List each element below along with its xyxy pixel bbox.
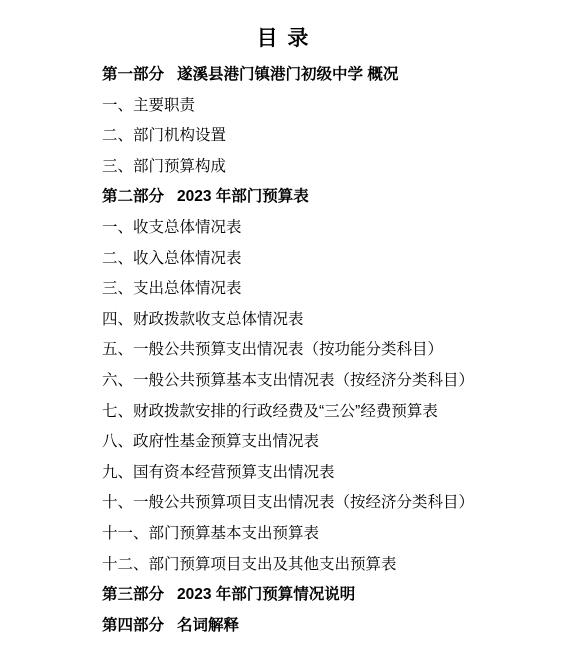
page-title: 目 录 <box>0 0 567 51</box>
toc-item: 一、收支总体情况表 <box>102 213 557 244</box>
section-number: 第一部分 <box>102 66 164 83</box>
toc-item: 二、部门机构设置 <box>102 121 557 152</box>
toc-section-heading: 第二部分2023 年部门预算表 <box>102 182 557 213</box>
toc-item: 十、一般公共预算项目支出情况表（按经济分类科目） <box>102 488 557 519</box>
toc-section-heading: 第一部分遂溪县港门镇港门初级中学 概况 <box>102 60 557 91</box>
toc-item: 十一、部门预算基本支出预算表 <box>102 519 557 550</box>
section-number: 第二部分 <box>102 188 164 205</box>
toc-item: 六、一般公共预算基本支出情况表（按经济分类科目） <box>102 366 557 397</box>
toc-section-heading: 第三部分2023 年部门预算情况说明 <box>102 580 557 611</box>
toc-item: 五、一般公共预算支出情况表（按功能分类科目） <box>102 335 557 366</box>
section-title: 遂溪县港门镇港门初级中学 概况 <box>177 66 398 83</box>
toc-item: 八、政府性基金预算支出情况表 <box>102 427 557 458</box>
toc-item: 二、收入总体情况表 <box>102 244 557 275</box>
toc-item: 四、财政拨款收支总体情况表 <box>102 305 557 336</box>
toc-list: 第一部分遂溪县港门镇港门初级中学 概况一、主要职责二、部门机构设置三、部门预算构… <box>0 51 567 641</box>
toc-item: 七、财政拨款安排的行政经费及“三公”经费预算表 <box>102 397 557 428</box>
section-title: 2023 年部门预算表 <box>177 188 309 205</box>
toc-item: 九、国有资本经营预算支出情况表 <box>102 458 557 489</box>
toc-item: 三、支出总体情况表 <box>102 274 557 305</box>
toc-item: 十二、部门预算项目支出及其他支出预算表 <box>102 550 557 581</box>
section-title: 名词解释 <box>177 617 239 634</box>
section-title: 2023 年部门预算情况说明 <box>177 586 355 603</box>
section-number: 第四部分 <box>102 617 164 634</box>
document-page: 目 录 第一部分遂溪县港门镇港门初级中学 概况一、主要职责二、部门机构设置三、部… <box>0 0 567 660</box>
toc-section-heading: 第四部分名词解释 <box>102 611 557 642</box>
toc-item: 三、部门预算构成 <box>102 152 557 183</box>
toc-item: 一、主要职责 <box>102 91 557 122</box>
section-number: 第三部分 <box>102 586 164 603</box>
